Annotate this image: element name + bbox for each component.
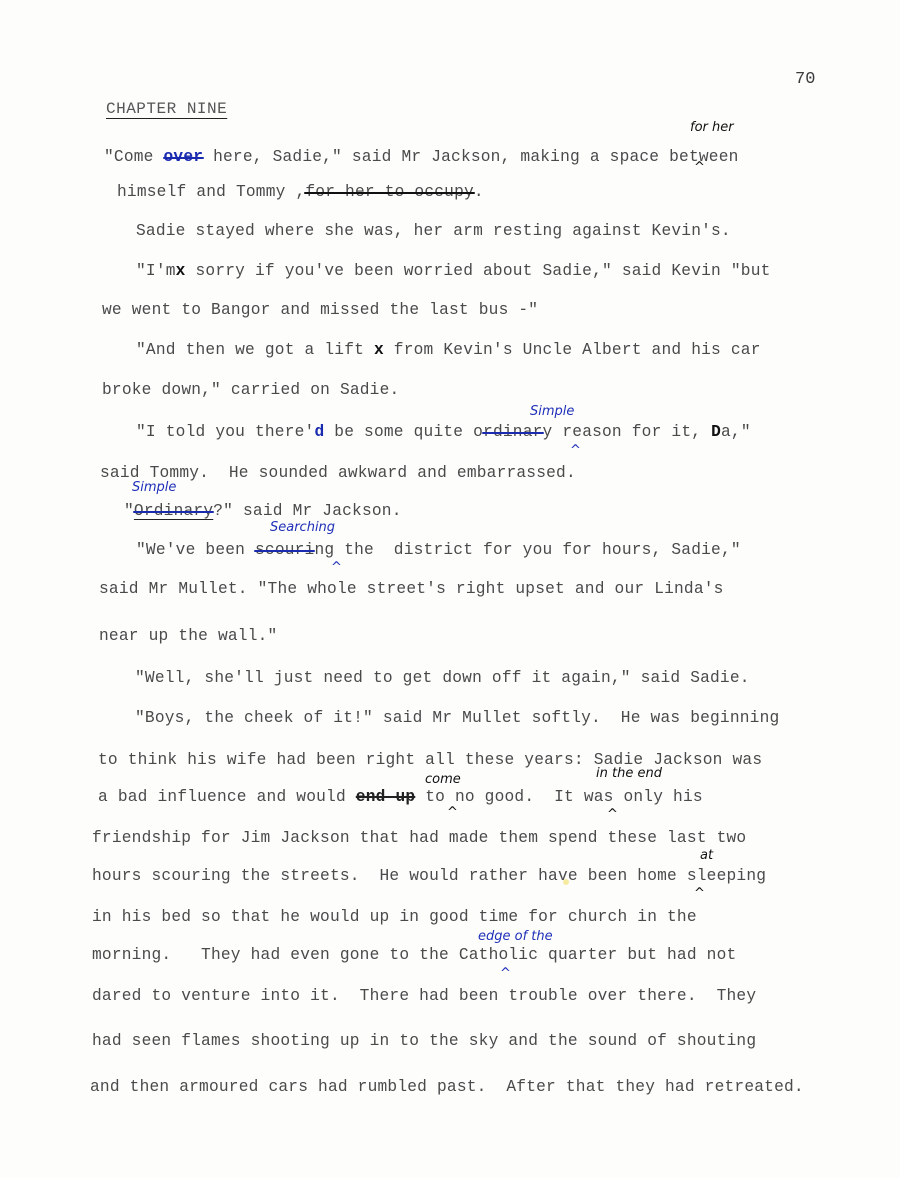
struck-phrase: for her to occupy — [305, 183, 474, 201]
text-line: himself and Tommy ,for her to occupy. — [117, 183, 484, 201]
text-line: and then armoured cars had rumbled past.… — [90, 1078, 804, 1096]
text-line: "Well, she'll just need to get down off … — [135, 669, 750, 687]
caret-icon: ^ — [607, 807, 618, 822]
page-number: 70 — [795, 70, 815, 89]
text-line: "And then we got a lift x from Kevin's U… — [136, 341, 761, 359]
annotation-searching: Searching — [270, 520, 335, 535]
text-line: near up the wall." — [99, 627, 277, 645]
annotation-simple: Simple — [530, 404, 574, 419]
text-line: had seen flames shooting up in to the sk… — [92, 1032, 756, 1050]
text-line: in his bed so that he would up in good t… — [92, 908, 697, 926]
ink-spot — [563, 879, 569, 885]
struck-word: rdinar — [483, 423, 543, 441]
text-line: said Mr Mullet. "The whole street's righ… — [99, 580, 724, 598]
text-line: "We've been scouring the district for yo… — [136, 541, 741, 559]
annotation-for-her: for her — [690, 120, 734, 135]
text-line: to think his wife had been right all the… — [98, 751, 762, 769]
text-line: dared to venture into it. There had been… — [92, 987, 756, 1005]
caret-icon: ^ — [447, 805, 458, 820]
text-line: "I'mx sorry if you've been worried about… — [136, 262, 771, 280]
text-line: Sadie stayed where she was, her arm rest… — [136, 222, 731, 240]
text-line: "Boys, the cheek of it!" said Mr Mullet … — [135, 709, 779, 727]
manuscript-page: 70 CHAPTER NINE "Come over here, Sadie,"… — [0, 0, 900, 1178]
struck-word: Ordinary — [134, 502, 213, 520]
text-line: broke down," carried on Sadie. — [102, 381, 399, 399]
struck-word: scouri — [255, 541, 315, 559]
text-line: friendship for Jim Jackson that had made… — [92, 829, 746, 847]
text-line: "Ordinary?" said Mr Jackson. — [124, 502, 402, 520]
annotation-at: at — [700, 848, 713, 863]
annotation-edge-of-the: edge of the — [478, 929, 553, 944]
text-line: hours scouring the streets. He would rat… — [92, 867, 766, 885]
text-line: we went to Bangor and missed the last bu… — [102, 301, 538, 319]
struck-phrase: end up — [356, 788, 416, 806]
struck-word: over — [164, 148, 204, 166]
caret-icon: ^ — [694, 160, 705, 175]
text-line: "I told you there'd be some quite ordina… — [136, 423, 751, 441]
text-line: morning. They had even gone to the Catho… — [92, 946, 736, 964]
annotation-in-the-end: in the end — [596, 766, 662, 781]
annotation-come: come — [425, 772, 461, 787]
annotation-simple: Simple — [132, 480, 176, 495]
caret-icon: ^ — [331, 560, 342, 575]
chapter-heading: CHAPTER NINE — [106, 100, 227, 118]
caret-icon: ^ — [500, 966, 511, 981]
caret-icon: ^ — [694, 886, 705, 901]
caret-icon: ^ — [570, 443, 581, 458]
text-line: "Come over here, Sadie," said Mr Jackson… — [104, 148, 739, 166]
text-line: a bad influence and would end up to no g… — [98, 788, 703, 806]
